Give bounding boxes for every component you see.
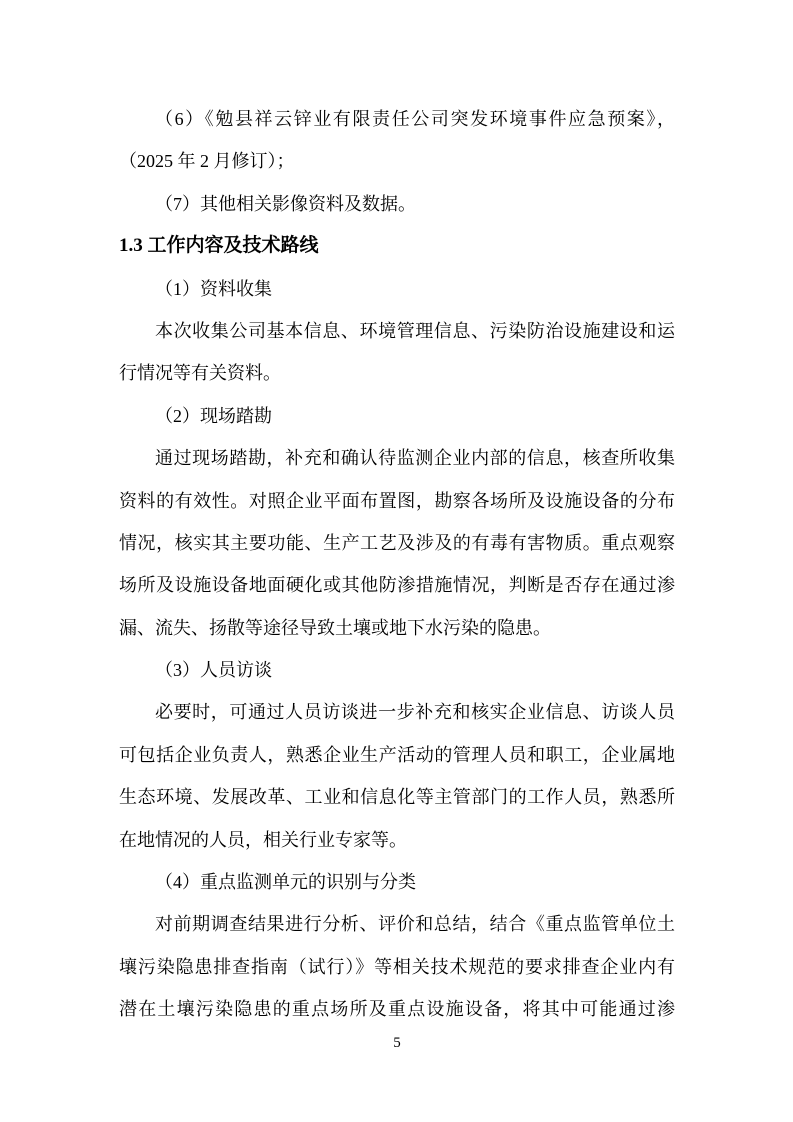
paragraph-line: 行情况等有关资料。: [119, 352, 675, 394]
paragraph-line: 生态环境、发展改革、工业和信息化等主管部门的工作人员，熟悉所: [119, 776, 675, 818]
list-item-2-title: （2）现场踏勘: [119, 395, 675, 437]
paragraph-line: 情况，核实其主要功能、生产工艺及涉及的有毒有害物质。重点观察: [119, 522, 675, 564]
list-item-4-title: （4）重点监测单元的识别与分类: [119, 861, 675, 903]
page-number: 5: [393, 1035, 401, 1051]
section-heading-1-3: 1.3 工作内容及技术路线: [119, 225, 675, 267]
paragraph-line: 对前期调查结果进行分析、评价和总结，结合《重点监管单位土: [119, 903, 675, 945]
paragraph-line: 壤污染隐患排查指南（试行）》等相关技术规范的要求排查企业内有: [119, 946, 675, 988]
paragraph-line: 资料的有效性。对照企业平面布置图，勘察各场所及设施设备的分布: [119, 480, 675, 522]
page-content: （6）《勉县祥云锌业有限责任公司突发环境事件应急预案》， （2025 年 2 月…: [0, 0, 793, 1053]
paragraph-line: 漏、流失、扬散等途径导致土壤或地下水污染的隐患。: [119, 607, 675, 649]
paragraph-line: 通过现场踏勘，补充和确认待监测企业内部的信息，核查所收集: [119, 437, 675, 479]
list-item-1-title: （1）资料收集: [119, 268, 675, 310]
paragraph-line: 在地情况的人员，相关行业专家等。: [119, 819, 675, 861]
list-item-3-title: （3）人员访谈: [119, 649, 675, 691]
page-footer: 5: [119, 1033, 675, 1053]
list-item-7: （7）其他相关影像资料及数据。: [119, 183, 675, 225]
paragraph-line: 场所及设施设备地面硬化或其他防渗措施情况，判断是否存在通过渗: [119, 564, 675, 606]
paragraph-line: 必要时，可通过人员访谈进一步补充和核实企业信息、访谈人员: [119, 691, 675, 733]
paragraph-line: 潜在土壤污染隐患的重点场所及重点设施设备，将其中可能通过渗漏、: [119, 988, 675, 1030]
list-item-6-line-1: （6）《勉县祥云锌业有限责任公司突发环境事件应急预案》，: [119, 98, 675, 140]
paragraph-line: 本次收集公司基本信息、环境管理信息、污染防治设施建设和运: [119, 310, 675, 352]
list-item-6-line-2: （2025 年 2 月修订）；: [119, 140, 675, 182]
paragraph-line: 可包括企业负责人，熟悉企业生产活动的管理人员和职工，企业属地: [119, 734, 675, 776]
document-page: （6）《勉县祥云锌业有限责任公司突发环境事件应急预案》， （2025 年 2 月…: [0, 0, 793, 1122]
